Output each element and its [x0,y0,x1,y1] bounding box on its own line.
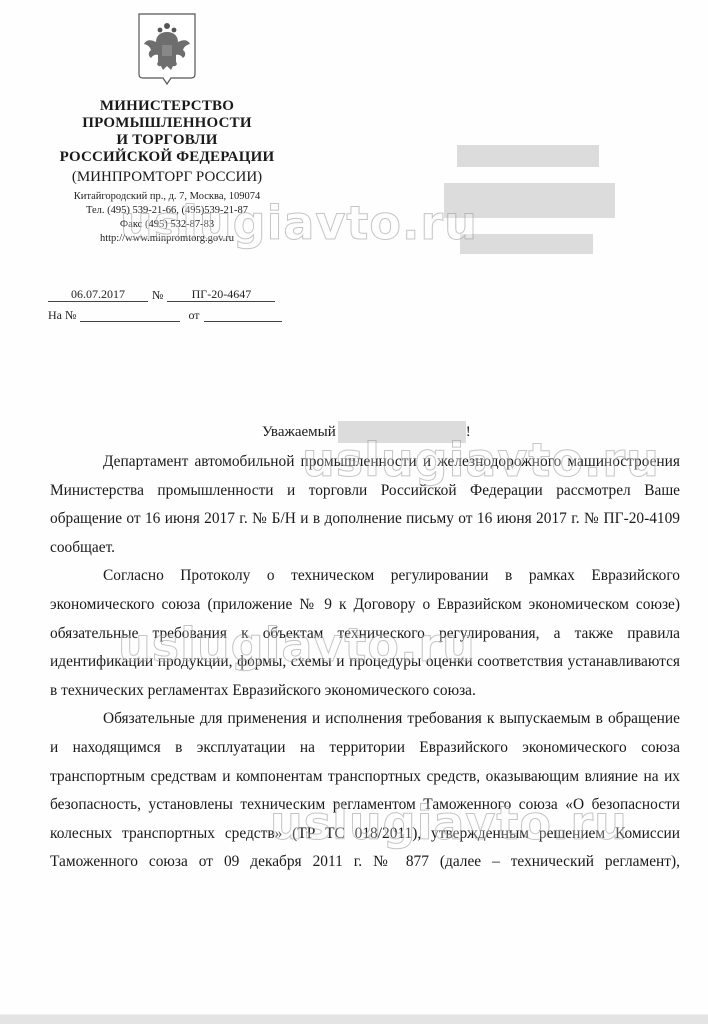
number-label: № [152,288,163,302]
addressee-redaction-2 [444,183,615,218]
addressee-name-redaction [338,421,466,443]
org-name-line-4: РОССИЙСКОЙ ФЕДЕРАЦИИ [42,149,292,166]
letter-body: Департамент автомобильной промышленности… [50,448,680,877]
addressee-redaction-1 [457,145,599,167]
outgoing-reg-row: 06.07.2017 № ПГ-20-4647 [48,282,282,302]
org-name-line-2: ПРОМЫШЛЕННОСТИ [42,115,292,132]
letter-date: 06.07.2017 [48,287,148,302]
addressee-redaction-3 [460,234,593,254]
paragraph-1: Департамент автомобильной промышленности… [50,448,680,562]
document-page: МИНИСТЕРСТВО ПРОМЫШЛЕННОСТИ И ТОРГОВЛИ Р… [0,0,708,1010]
phone: Тел. (495) 539-21-66, (495)539-21-87 [42,204,292,218]
salutation: Уважаемый ! [262,421,471,443]
greeting-ending: ! [466,424,471,441]
address: Китайгородский пр., д. 7, Москва, 109074 [42,190,292,204]
greeting: Уважаемый [262,424,336,441]
from-label: от [188,308,199,322]
contact-block: Китайгородский пр., д. 7, Москва, 109074… [42,190,292,246]
incoming-reg-row: На № от [48,302,282,322]
registration-block: 06.07.2017 № ПГ-20-4647 На № от [48,282,282,322]
paragraph-3: Обязательные для применения и исполнения… [50,705,680,877]
org-abbreviation: (МИНПРОМТОРГ РОССИИ) [42,167,292,187]
ref-label: На № [48,308,76,322]
from-date-field [204,321,282,322]
paragraph-2: Согласно Протоколу о техническом регулир… [50,562,680,705]
org-name-line-3: И ТОРГОВЛИ [42,132,292,149]
letterhead: МИНИСТЕРСТВО ПРОМЫШЛЕННОСТИ И ТОРГОВЛИ Р… [42,98,292,246]
russian-coat-of-arms-icon [136,12,198,88]
fax: Факс (495) 532-87-83 [42,218,292,232]
ref-number-field [80,321,180,322]
page-bottom-edge [0,1014,708,1024]
org-name-line-1: МИНИСТЕРСТВО [42,98,292,115]
letter-number: ПГ-20-4647 [167,287,275,302]
website-link[interactable]: http://www.minpromtorg.gov.ru [42,232,292,246]
